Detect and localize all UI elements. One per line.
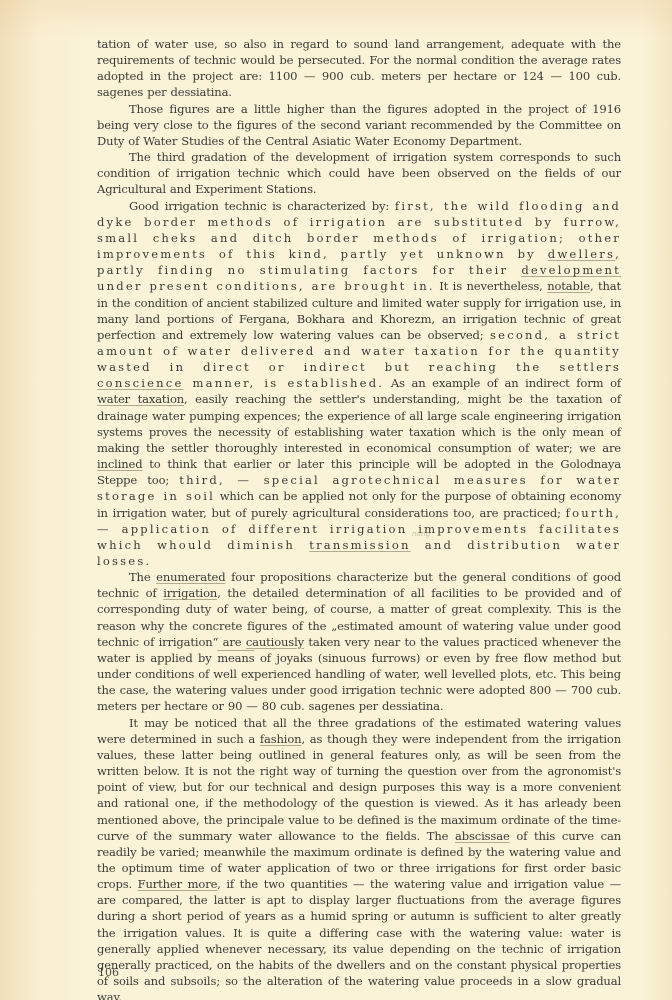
emphasized-text: dwellers: [548, 247, 615, 261]
text-run: Those figures are a little higher than t…: [97, 102, 621, 148]
text-run: The: [129, 570, 156, 584]
paragraph: Good irrigation technic is characterized…: [97, 198, 621, 570]
emphasized-text: inclined: [97, 457, 142, 471]
emphasized-text: under present conditions, are brought in…: [97, 279, 435, 293]
emphasized-text: Further more: [138, 877, 218, 891]
emphasized-text: development: [521, 263, 621, 277]
emphasized-text: conscience: [97, 376, 184, 390]
emphasized-text: notable: [547, 279, 590, 293]
emphasized-text: means: [217, 651, 254, 665]
page-number: 106: [98, 966, 119, 979]
emphasized-text: irrigation: [163, 586, 217, 600]
emphasized-text: cautiously: [246, 635, 304, 649]
emphasized-text: manner, is established.: [184, 376, 385, 390]
emphasized-text: abscissae: [455, 829, 510, 843]
text-run: The third gradation of the development o…: [97, 150, 621, 196]
text-run: , as though they were independent from t…: [97, 732, 621, 843]
text-run: , if the two quantities — the watering v…: [97, 877, 621, 1000]
emphasized-text: transmission: [309, 538, 410, 552]
paragraph: The enumerated four propositions charact…: [97, 569, 621, 714]
page-body: tation of water use, so also in regard t…: [97, 36, 621, 1000]
text-run: It is nevertheless,: [435, 279, 547, 293]
paragraph: Those figures are a little higher than t…: [97, 101, 621, 149]
paragraph: It may be noticed that all the three gra…: [97, 715, 621, 1000]
text-run: As an example of an indirect form of: [384, 376, 621, 390]
text-run: Good irrigation technic is characterized…: [129, 199, 395, 213]
paragraph: tation of water use, so also in regard t…: [97, 36, 621, 101]
paragraph: The third gradation of the development o…: [97, 149, 621, 197]
text-run: tation of water use, so also in regard t…: [97, 37, 621, 99]
emphasized-text: enumerated: [156, 570, 225, 584]
pencil-annotation: ndrig: [412, 530, 430, 538]
emphasized-text: fashion: [260, 732, 302, 746]
emphasized-text: water taxation: [97, 392, 184, 406]
